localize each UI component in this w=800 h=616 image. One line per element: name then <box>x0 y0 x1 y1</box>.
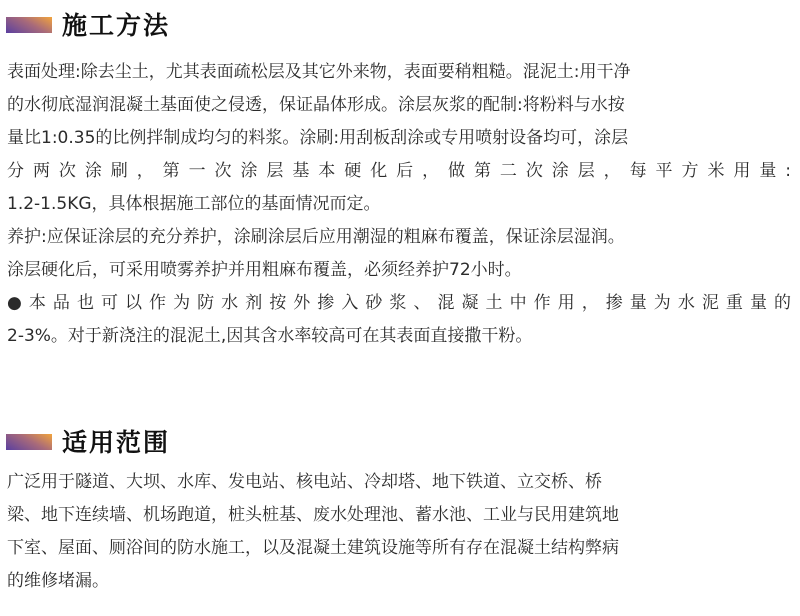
text-line: 涂层硬化后，可采用喷雾养护并用粗麻布覆盖，必须经养护72小时。 <box>7 254 791 287</box>
paragraph-admixture-note: ●本品也可以作为防水剂按外掺入砂浆、混凝土中作用，掺量为水泥重量的 2-3%。对… <box>7 287 791 353</box>
section-title: 施工方法 <box>62 11 170 41</box>
text-line: 分两次涂刷，第一次涂层基本硬化后，做第二次涂层，每平方米用量: <box>7 155 791 188</box>
section-title: 适用范围 <box>62 428 170 458</box>
accent-gradient-bar <box>6 17 52 33</box>
paragraph-application-scope: 广泛用于隧道、大坝、水库、发电站、核电站、冷却塔、地下铁道、立交桥、桥 梁、地下… <box>7 466 791 598</box>
text-line: 量比1:0.35的比例拌制成均匀的料浆。涂刷:用刮板刮涂或专用喷射设备均可，涂层 <box>7 122 791 155</box>
text-line: 表面处理:除去尘土，尤其表面疏松层及其它外来物，表面要稍粗糙。混泥土:用干净 <box>7 56 791 89</box>
accent-gradient-bar <box>6 434 52 450</box>
paragraph-curing: 养护:应保证涂层的充分养护，涂刷涂层后应用潮湿的粗麻布覆盖，保证涂层湿润。 涂层… <box>7 221 791 287</box>
section-construction-method: 施工方法 <box>0 0 800 44</box>
text-line: 梁、地下连续墙、机场跑道，桩头桩基、废水处理池、蓄水池、工业与民用建筑地 <box>7 499 791 532</box>
text-line: 的维修堵漏。 <box>7 565 791 598</box>
paragraph-surface-treatment: 表面处理:除去尘土，尤其表面疏松层及其它外来物，表面要稍粗糙。混泥土:用干净 的… <box>7 56 791 221</box>
text-line: 广泛用于隧道、大坝、水库、发电站、核电站、冷却塔、地下铁道、立交桥、桥 <box>7 466 791 499</box>
text-line: 1.2-1.5KG，具体根据施工部位的基面情况而定。 <box>7 188 791 221</box>
section-header: 适用范围 <box>0 420 800 464</box>
section-application-scope: 适用范围 <box>0 420 800 464</box>
text-line: 养护:应保证涂层的充分养护，涂刷涂层后应用潮湿的粗麻布覆盖，保证涂层湿润。 <box>7 221 791 254</box>
text-line: 2-3%。对于新浇注的混泥土,因其含水率较高可在其表面直接撒干粉。 <box>7 320 791 353</box>
text-line: ●本品也可以作为防水剂按外掺入砂浆、混凝土中作用，掺量为水泥重量的 <box>7 287 791 320</box>
section-header: 施工方法 <box>0 0 800 44</box>
text-line: 的水彻底湿润混凝土基面使之侵透，保证晶体形成。涂层灰浆的配制:将粉料与水按 <box>7 89 791 122</box>
text-line: 下室、屋面、厕浴间的防水施工，以及混凝土建筑设施等所有存在混凝土结构弊病 <box>7 532 791 565</box>
